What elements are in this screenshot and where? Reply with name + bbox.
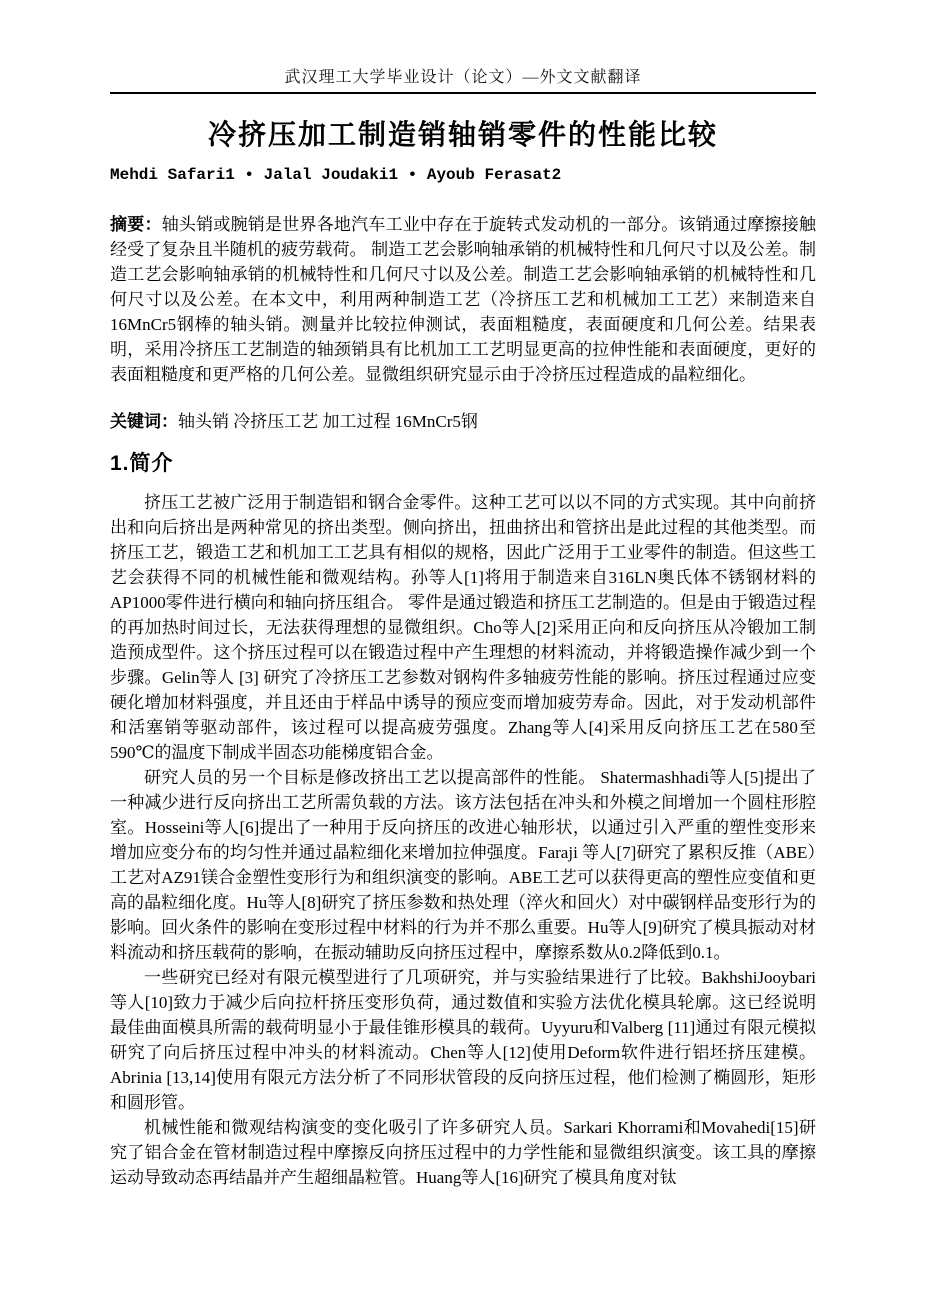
abstract-paragraph: 摘要：轴头销或腕销是世界各地汽车工业中存在于旋转式发动机的一部分。该销通过摩擦接…	[110, 212, 816, 387]
section-1-heading: 1.简介	[110, 450, 816, 477]
section-1-paragraph-4: 机械性能和微观结构演变的变化吸引了许多研究人员。Sarkari Khorrami…	[110, 1115, 816, 1190]
header-title: 武汉理工大学毕业设计（论文）—外文文献翻译	[284, 69, 641, 86]
section-1-paragraph-2: 研究人员的另一个目标是修改挤出工艺以提高部件的性能。 Shatermashhad…	[110, 765, 816, 965]
page-title: 冷挤压加工制造销轴销零件的性能比较	[110, 118, 816, 152]
keywords-text: 轴头销 冷挤压工艺 加工过程 16MnCr5钢	[178, 412, 478, 431]
abstract-label: 摘要：	[110, 215, 162, 234]
section-1-paragraph-3: 一些研究已经对有限元模型进行了几项研究，并与实验结果进行了比较。BakhshiJ…	[110, 965, 816, 1115]
section-1-paragraph-1: 挤压工艺被广泛用于制造铝和钢合金零件。这种工艺可以以不同的方式实现。其中向前挤出…	[110, 490, 816, 765]
authors-line: Mehdi Safari1 • Jalal Joudaki1 • Ayoub F…	[110, 164, 816, 186]
abstract-text: 轴头销或腕销是世界各地汽车工业中存在于旋转式发动机的一部分。该销通过摩擦接触经受…	[110, 215, 816, 384]
keywords-paragraph: 关键词：轴头销 冷挤压工艺 加工过程 16MnCr5钢	[110, 409, 816, 434]
keywords-label: 关键词：	[110, 412, 178, 431]
page-header: 武汉理工大学毕业设计（论文）—外文文献翻译	[110, 64, 816, 94]
document-page: 武汉理工大学毕业设计（论文）—外文文献翻译 冷挤压加工制造销轴销零件的性能比较 …	[0, 0, 926, 1309]
